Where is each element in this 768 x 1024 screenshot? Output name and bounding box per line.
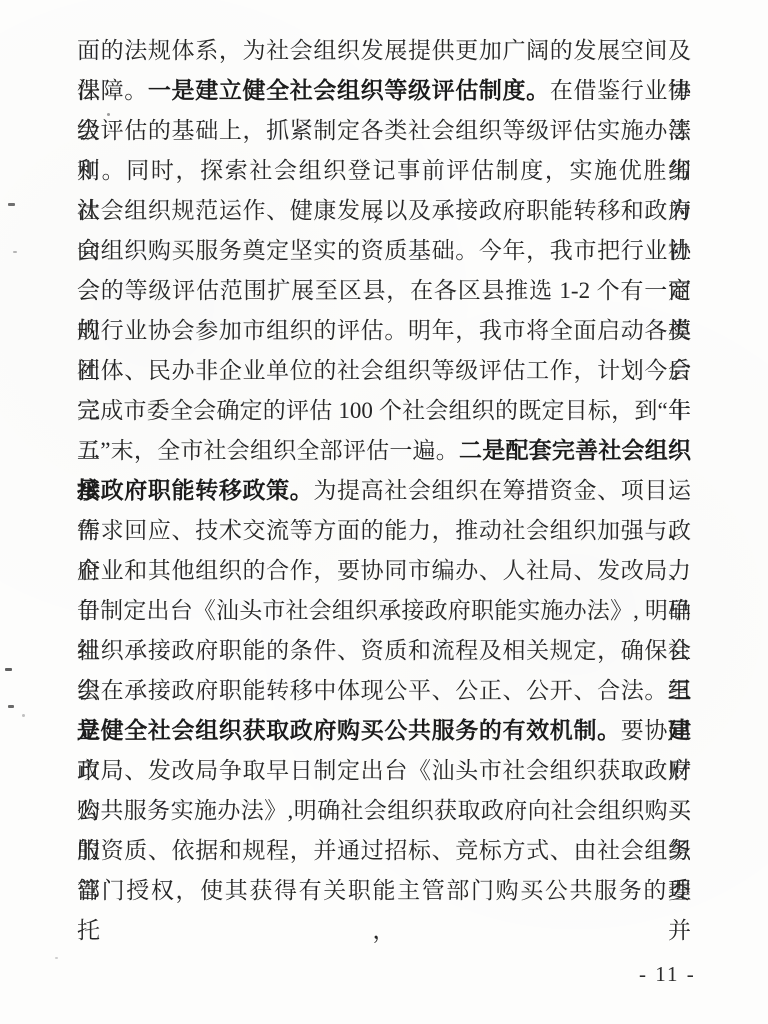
bold-text-segment: 立健全社会组织获取政府购买公共服务的有效机制。 bbox=[77, 718, 621, 743]
body-text: 面的法规体系，为社会组织发展提供更加广阔的发展空间及法律保障。一是建立健全社会组… bbox=[77, 31, 691, 911]
bold-text-segment: 接政府职能转移政策。 bbox=[77, 478, 313, 503]
text-line-21: 的资质、依据和规程，并通过招标、竞标方式、由社会组织管理 bbox=[77, 831, 691, 871]
text-line-16: 组织承接政府职能的条件、资质和流程及相关规定，确保社会组 bbox=[77, 631, 691, 671]
text-line-7: 会的等级评估范围扩展至区县，在各区县推选 1-2 个有一定规模 bbox=[77, 271, 691, 311]
text-line-11: 五”末，全市社会组织全部评估一遍。二是配套完善社会组织承 bbox=[77, 431, 691, 471]
scan-artifact bbox=[8, 705, 14, 708]
text-line-12: 接政府职能转移政策。为提高社会组织在筹措资金、项目运作、 bbox=[77, 471, 691, 511]
bold-text-segment: 一是建立健全社会组织等级评估制度。 bbox=[148, 78, 550, 103]
text-line-19: 政局、发改局争取早日制定出台《汕头市社会组织获取政府购买 bbox=[77, 751, 691, 791]
scan-artifact bbox=[22, 714, 25, 717]
text-line-2: 保障。一是建立健全社会组织等级评估制度。在借鉴行业协会等 bbox=[77, 71, 691, 111]
text-line-18: 立健全社会组织获取政府购买公共服务的有效机制。要协同市财 bbox=[77, 711, 691, 751]
text-line-6: 会组织购买服务奠定坚实的资质基础。今年，我市把行业协会商 bbox=[77, 231, 691, 271]
text-line-5: 社会组织规范运作、健康发展以及承接政府职能转移和政府向社 bbox=[77, 191, 691, 231]
text-line-17: 织在承接政府职能转移中体现公平、公正、公开、合法。三是建 bbox=[77, 671, 691, 711]
text-segment: 部门授权，使其获得有关职能主管部门购买公共服务的委托，并 bbox=[77, 878, 691, 943]
text-line-4: 则。同时，探索社会组织登记事前评估制度，实施优胜劣汰，为 bbox=[77, 151, 691, 191]
scan-artifact bbox=[5, 668, 12, 671]
text-line-9: 团体、民办非企业单位的社会组织等级评估工作，计划今后三年 bbox=[77, 351, 691, 391]
text-segment: 五”末，全市社会组织全部评估一遍。 bbox=[77, 438, 459, 463]
scan-artifact bbox=[107, 113, 110, 116]
text-line-8: 的行业协会参加市组织的评估。明年，我市将全面启动各类社会 bbox=[77, 311, 691, 351]
text-line-22: 部门授权，使其获得有关职能主管部门购买公共服务的委托，并 bbox=[77, 871, 691, 911]
text-line-13: 需求回应、技术交流等方面的能力，推动社会组织加强与政府、 bbox=[77, 511, 691, 551]
document-page: 面的法规体系，为社会组织发展提供更加广阔的发展空间及法律保障。一是建立健全社会组… bbox=[0, 0, 768, 1024]
text-line-14: 企业和其他组织的合作，要协同市编办、人社局、发改局力争早 bbox=[77, 551, 691, 591]
scan-artifact bbox=[8, 203, 15, 206]
text-line-3: 级评估的基础上，抓紧制定各类社会组织等级评估实施办法和细 bbox=[77, 111, 691, 151]
page-number: - 11 - bbox=[639, 962, 696, 986]
scan-artifact bbox=[55, 957, 58, 959]
text-line-1: 面的法规体系，为社会组织发展提供更加广阔的发展空间及法律 bbox=[77, 31, 691, 71]
scan-artifact bbox=[13, 251, 17, 253]
text-segment: 保障。 bbox=[77, 78, 148, 103]
text-segment: 织在承接政府职能转移中体现公平、公正、公开、合法。 bbox=[77, 678, 668, 703]
text-line-20: 公共服务实施办法》,明确社会组织获取政府向社会组织购买服务 bbox=[77, 791, 691, 831]
text-line-15: 日制定出台《汕头市社会组织承接政府职能实施办法》, 明确社会 bbox=[77, 591, 691, 631]
text-line-10: 完成市委全会确定的评估 100 个社会组织的既定目标，到“十二 bbox=[77, 391, 691, 431]
